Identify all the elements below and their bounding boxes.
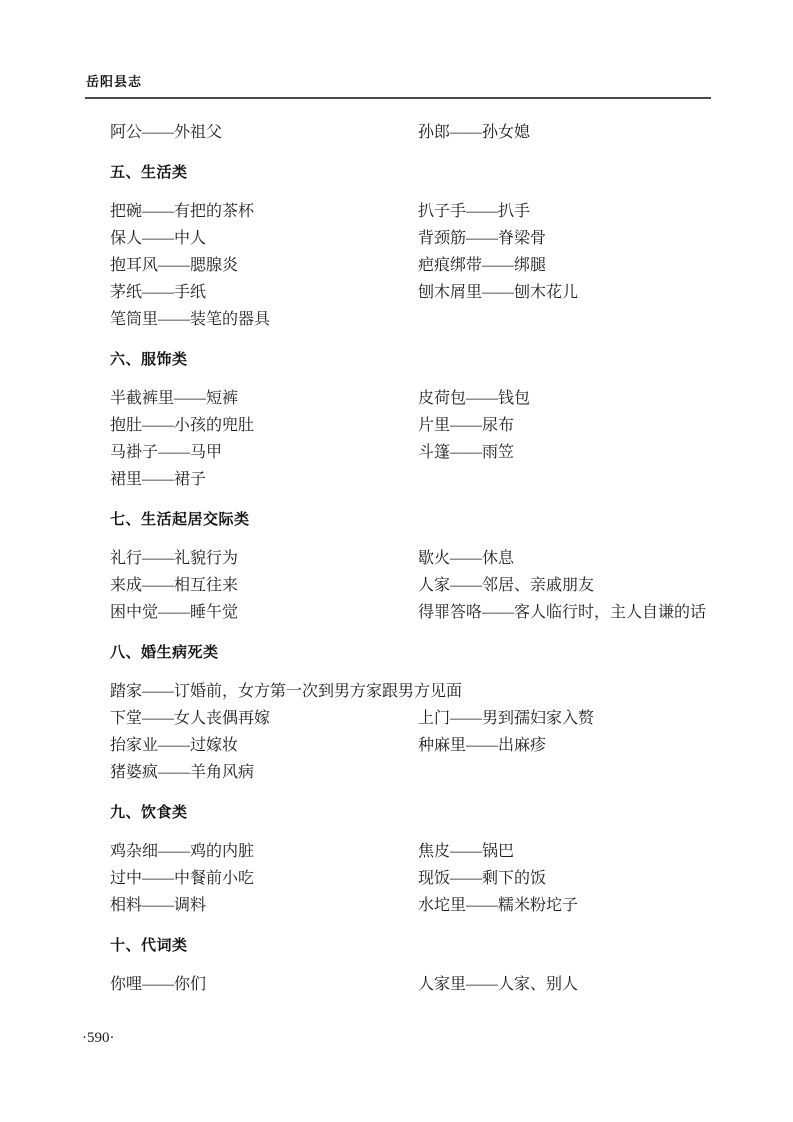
entry-row: 阿公——外祖父 孙郎——孙女媳 [110,119,711,146]
section-heading: 八、婚生病死类 [110,639,711,666]
document-page: 岳阳县志 阿公——外祖父 孙郎——孙女媳 五、生活类把碗——有把的茶杯扒子手——… [0,0,793,1122]
entry-right: 歇火——休息 [418,545,711,572]
entry-left: 鸡杂细——鸡的内脏 [110,838,418,865]
section: 五、生活类把碗——有把的茶杯扒子手——扒手保人——中人背颈筋——脊梁骨抱耳风——… [110,159,711,333]
entry-right: 种麻里——出麻疹 [418,732,711,759]
entry-row: 抱耳风——腮腺炎疤痕绑带——绑腿 [110,252,711,279]
entry-left: 相料——调料 [110,892,418,919]
entry-right: 扒子手——扒手 [418,198,711,225]
entry-right: 背颈筋——脊梁骨 [418,225,711,252]
section-heading: 六、服饰类 [110,346,711,373]
section: 八、婚生病死类踏家——订婚前，女方第一次到男方家跟男方见面下堂——女人丧偶再嫁上… [110,639,711,786]
entry-row: 相料——调料水坨里——糯米粉坨子 [110,892,711,919]
entry-right: 斗篷——雨笠 [418,439,711,466]
entry-row: 下堂——女人丧偶再嫁上门——男到孺妇家入赘 [110,705,711,732]
entry-left: 礼行——礼貌行为 [110,545,418,572]
entry-right: 人家——邻居、亲戚朋友 [418,572,711,599]
entry-right: 刨木屑里——刨木花儿 [418,279,711,306]
entry-left: 马褂子——马甲 [110,439,418,466]
entry-left: 猪婆疯——羊角风病 [110,759,418,786]
entry-row: 茅纸——手纸刨木屑里——刨木花儿 [110,279,711,306]
entry-left: 保人——中人 [110,225,418,252]
section: 九、饮食类鸡杂细——鸡的内脏焦皮——锅巴过中——中餐前小吃现饭——剩下的饭相料—… [110,799,711,919]
running-header-title: 岳阳县志 [86,71,142,90]
entry-left: 下堂——女人丧偶再嫁 [110,705,418,732]
entry-row: 过中——中餐前小吃现饭——剩下的饭 [110,865,711,892]
section: 十、代词类你哩——你们人家里——人家、别人 [110,932,711,998]
entry-row: 你哩——你们人家里——人家、别人 [110,971,711,998]
section: 七、生活起居交际类礼行——礼貌行为歇火——休息来成——相互往来人家——邻居、亲戚… [110,506,711,626]
section: 六、服饰类半截裤里——短裤皮荷包——钱包抱肚——小孩的兜肚片里——尿布马褂子——… [110,346,711,493]
entry-left: 茅纸——手纸 [110,279,418,306]
entry-right: 水坨里——糯米粉坨子 [418,892,711,919]
entry-left: 半截裤里——短裤 [110,385,418,412]
entry-row: 猪婆疯——羊角风病 [110,759,711,786]
entry-right: 现饭——剩下的饭 [418,865,711,892]
entry-row: 笔筒里——装笔的器具 [110,306,711,333]
entry-left: 过中——中餐前小吃 [110,865,418,892]
header-rule [85,97,711,99]
entry-row: 把碗——有把的茶杯扒子手——扒手 [110,198,711,225]
entry-left: 来成——相互往来 [110,572,418,599]
entry-right: 人家里——人家、别人 [418,971,711,998]
entry-row: 保人——中人背颈筋——脊梁骨 [110,225,711,252]
section-heading: 十、代词类 [110,932,711,959]
entry-row: 马褂子——马甲斗篷——雨笠 [110,439,711,466]
entry-left: 把碗——有把的茶杯 [110,198,418,225]
entry-right: 上门——男到孺妇家入赘 [418,705,711,732]
entry-left: 阿公——外祖父 [110,119,418,146]
entry-right: 皮荷包——钱包 [418,385,711,412]
content: 阿公——外祖父 孙郎——孙女媳 五、生活类把碗——有把的茶杯扒子手——扒手保人—… [110,119,711,998]
section-heading: 五、生活类 [110,159,711,186]
entry-left: 抬家业——过嫁妆 [110,732,418,759]
page-number: ·590· [82,1028,115,1048]
entry-right: 得罪答咯——客人临行时，主人自谦的话 [418,599,711,626]
entry-right: 孙郎——孙女媳 [418,119,711,146]
entry-row: 鸡杂细——鸡的内脏焦皮——锅巴 [110,838,711,865]
entry-row: 来成——相互往来人家——邻居、亲戚朋友 [110,572,711,599]
entry-right: 片里——尿布 [418,412,711,439]
entry-left: 抱耳风——腮腺炎 [110,252,418,279]
section-heading: 七、生活起居交际类 [110,506,711,533]
entry-row: 抱肚——小孩的兜肚片里——尿布 [110,412,711,439]
section-heading: 九、饮食类 [110,799,711,826]
entry-row: 半截裤里——短裤皮荷包——钱包 [110,385,711,412]
entry-left: 抱肚——小孩的兜肚 [110,412,418,439]
entry-full-width: 踏家——订婚前，女方第一次到男方家跟男方见面 [110,678,711,705]
entry-right: 焦皮——锅巴 [418,838,711,865]
entry-right: 疤痕绑带——绑腿 [418,252,711,279]
entry-left: 裙里——裙子 [110,466,418,493]
entry-left: 笔筒里——装笔的器具 [110,306,418,333]
sections-container: 五、生活类把碗——有把的茶杯扒子手——扒手保人——中人背颈筋——脊梁骨抱耳风——… [110,159,711,998]
entry-row: 裙里——裙子 [110,466,711,493]
entry-right [418,466,711,493]
entry-right [418,306,711,333]
entry-row: 困中觉——睡午觉得罪答咯——客人临行时，主人自谦的话 [110,599,711,626]
entry-left: 困中觉——睡午觉 [110,599,418,626]
entry-row: 抬家业——过嫁妆种麻里——出麻疹 [110,732,711,759]
entry-right [418,759,711,786]
entry-row: 礼行——礼貌行为歇火——休息 [110,545,711,572]
entry-left: 你哩——你们 [110,971,418,998]
